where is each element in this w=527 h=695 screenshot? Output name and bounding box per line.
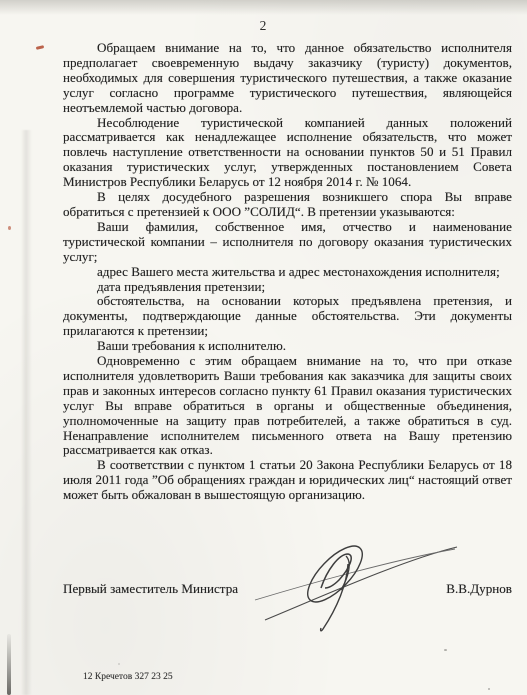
handwritten-signature-icon — [253, 536, 465, 638]
scan-speck — [488, 688, 490, 690]
scan-artifact-crease — [21, 130, 32, 695]
paragraph: В целях досудебного разрешения возникшег… — [63, 190, 512, 220]
document-body: Обращаем внимание на то, что данное обяз… — [63, 41, 512, 503]
paragraph: дата предъявления претензии; — [63, 280, 512, 295]
paragraph: Обращаем внимание на то, что данное обяз… — [63, 41, 512, 116]
scan-artifact-top-band — [0, 0, 527, 15]
page-number: 2 — [0, 18, 527, 34]
paragraph: Ваши требования к исполнителю. — [63, 339, 512, 354]
paragraph: В соответствии с пунктом 1 статьи 20 Зак… — [63, 458, 512, 503]
red-pen-dot — [8, 226, 11, 230]
paragraph: Ваши фамилия, собственное имя, отчество … — [63, 220, 512, 265]
scan-speck — [444, 649, 447, 651]
scan-artifact-edge-line — [7, 634, 11, 695]
paragraph: Одновременно с этим обращаем внимание на… — [63, 354, 512, 458]
paragraph: адрес Вашего места жительства и адрес ме… — [63, 265, 512, 280]
document-footer-reference: 12 Кречетов 327 23 25 — [83, 672, 173, 682]
paragraph: Несоблюдение туристической компанией дан… — [63, 116, 512, 191]
red-pen-mark — [36, 45, 44, 50]
scan-speck — [118, 663, 120, 665]
paragraph: обстоятельства, на основании которых пре… — [63, 294, 512, 339]
scanned-document-page: 2 Обращаем внимание на то, что данное об… — [0, 0, 527, 695]
signer-position-title: Первый заместитель Министра — [63, 581, 238, 597]
